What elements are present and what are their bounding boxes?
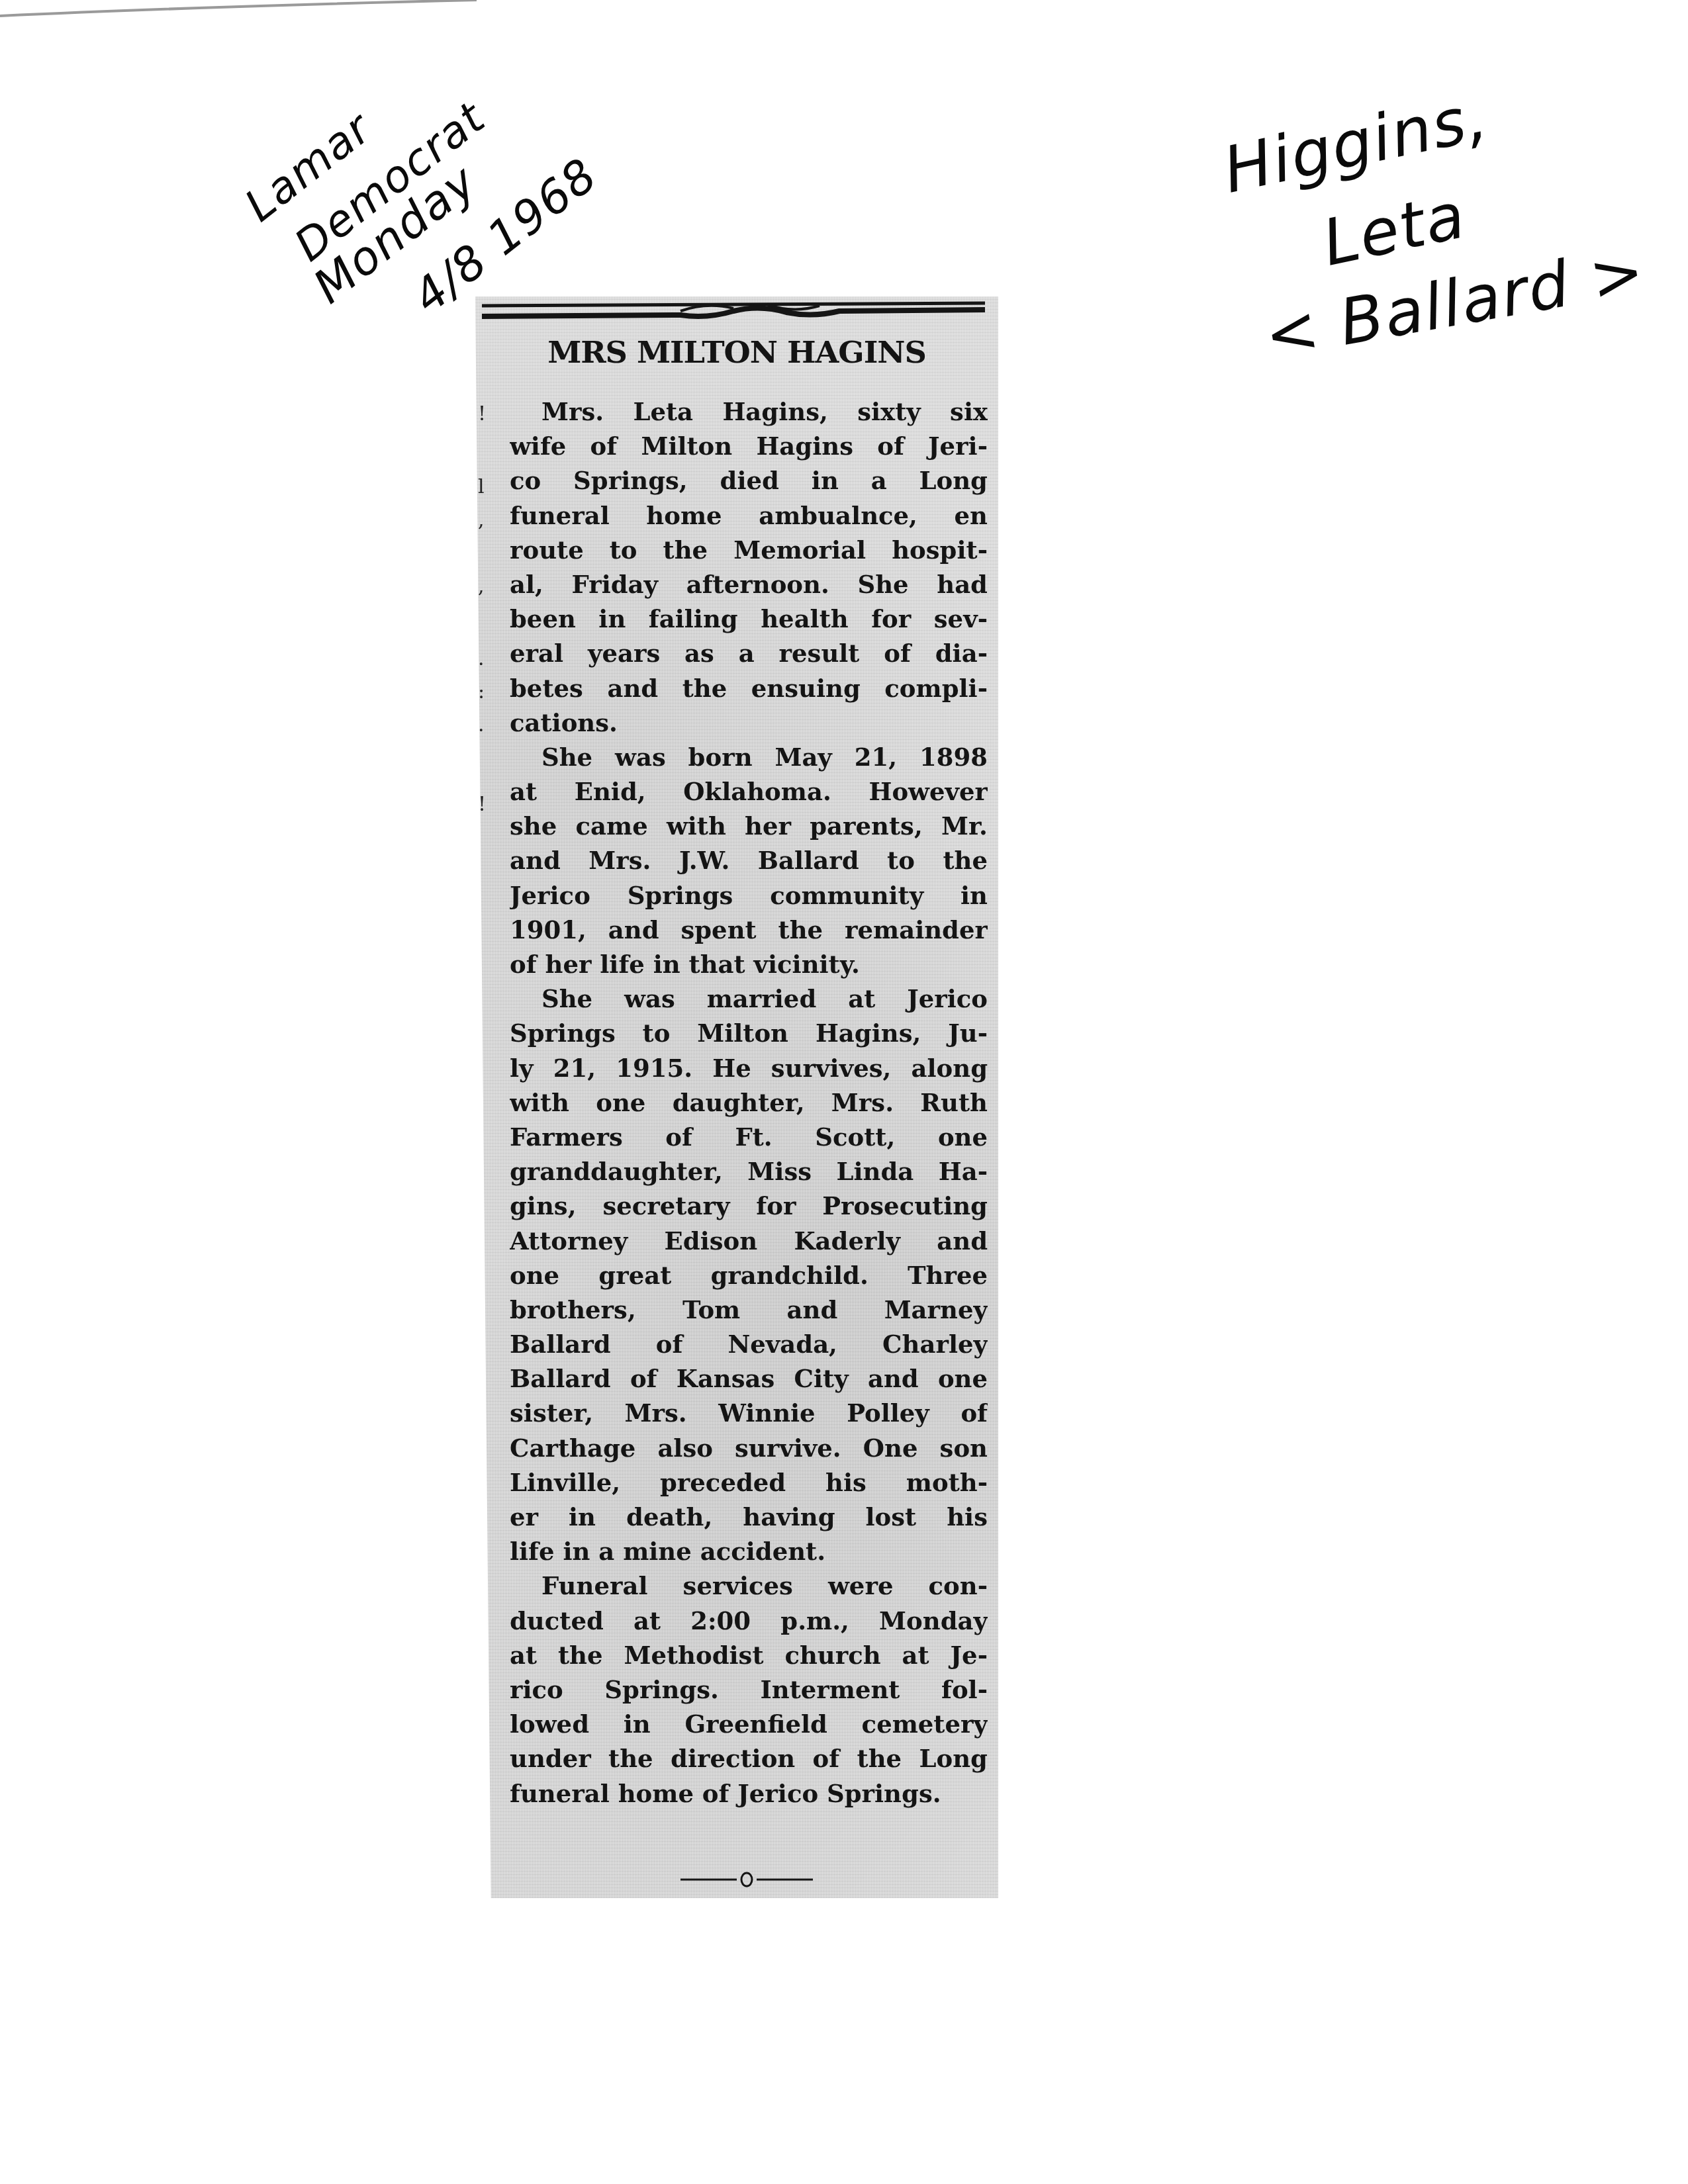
obituary-line: life in a mine accident.: [510, 1534, 988, 1569]
obituary-line: er in death, having lost his: [510, 1500, 988, 1534]
obituary-line: at Enid, Oklahoma. However: [510, 774, 988, 809]
obituary-line: Carthage also survive. One son: [510, 1431, 988, 1465]
obituary-headline: MRS MILTON HAGINS: [462, 336, 1011, 370]
handwritten-subject-line: < Ballard >: [1260, 239, 1650, 368]
obituary-line: cations.: [510, 705, 988, 740]
header-rule-ornament: [482, 296, 985, 323]
obituary-line: She was born May 21, 1898: [510, 740, 988, 774]
obituary-line: route to the Memorial hospit-: [510, 533, 988, 567]
obituary-line: gins, secretary for Prosecuting: [510, 1189, 988, 1223]
obituary-line: co Springs, died in a Long: [510, 463, 988, 498]
handwritten-subject-note: Higgins, Leta < Ballard >: [1231, 113, 1602, 377]
obituary-line: Linville, preceded his moth-: [510, 1465, 988, 1500]
adjacent-column-fragments: ! l , , . : . !: [478, 402, 491, 813]
obituary-line: Springs to Milton Hagins, Ju-: [510, 1016, 988, 1050]
obituary-line: She was married at Jerico: [510, 981, 988, 1016]
obituary-line: brothers, Tom and Marney: [510, 1293, 988, 1327]
handwritten-subject-line: Leta: [1317, 183, 1471, 275]
obituary-line: funeral home of Jerico Springs.: [510, 1776, 988, 1811]
obituary-line: at the Methodist church at Je-: [510, 1638, 988, 1672]
obituary-line: Attorney Edison Kaderly and: [510, 1224, 988, 1258]
obituary-line: with one daughter, Mrs. Ruth: [510, 1085, 988, 1120]
obituary-line: betes and the ensuing compli-: [510, 671, 988, 705]
obituary-line: 1901, and spent the remainder: [510, 913, 988, 947]
obituary-line: al, Friday afternoon. She had: [510, 567, 988, 602]
obituary-line: one great grandchild. Three: [510, 1258, 988, 1293]
obituary-line: lowed in Greenfield cemetery: [510, 1707, 988, 1741]
obituary-line: sister, Mrs. Winnie Polley of: [510, 1396, 988, 1430]
obituary-line: ly 21, 1915. He survives, along: [510, 1051, 988, 1085]
end-ornament-rule: [680, 1872, 813, 1888]
obituary-line: Farmers of Ft. Scott, one: [510, 1120, 988, 1154]
obituary-line: Ballard of Kansas City and one: [510, 1361, 988, 1396]
handwritten-source-note: Lamar Democrat Monday 4/8 1968: [252, 99, 622, 291]
obituary-line: ducted at 2:00 p.m., Monday: [510, 1604, 988, 1638]
obituary-line: funeral home ambualnce, en: [510, 498, 988, 533]
obituary-line: Jerico Springs community in: [510, 878, 988, 913]
obituary-line: granddaughter, Miss Linda Ha-: [510, 1154, 988, 1189]
scan-edge-curve: [0, 0, 477, 20]
obituary-line: been in failing health for sev-: [510, 602, 988, 636]
obituary-line: and Mrs. J.W. Ballard to the: [510, 843, 988, 878]
obituary-body: Mrs. Leta Hagins, sixty sixwife of Milto…: [510, 394, 988, 1811]
obituary-line: wife of Milton Hagins of Jeri-: [510, 429, 988, 463]
obituary-line: of her life in that vicinity.: [510, 947, 988, 981]
obituary-line: eral years as a result of dia-: [510, 636, 988, 670]
obituary-line: Mrs. Leta Hagins, sixty six: [510, 394, 988, 429]
obituary-line: Funeral services were con-: [510, 1569, 988, 1603]
obituary-line: Ballard of Nevada, Charley: [510, 1327, 988, 1361]
obituary-line: she came with her parents, Mr.: [510, 809, 988, 843]
obituary-line: under the direction of the Long: [510, 1741, 988, 1776]
obituary-line: rico Springs. Interment fol-: [510, 1672, 988, 1707]
newspaper-clipping: MRS MILTON HAGINS ! l , , . : . ! Mrs. L…: [475, 296, 998, 1898]
